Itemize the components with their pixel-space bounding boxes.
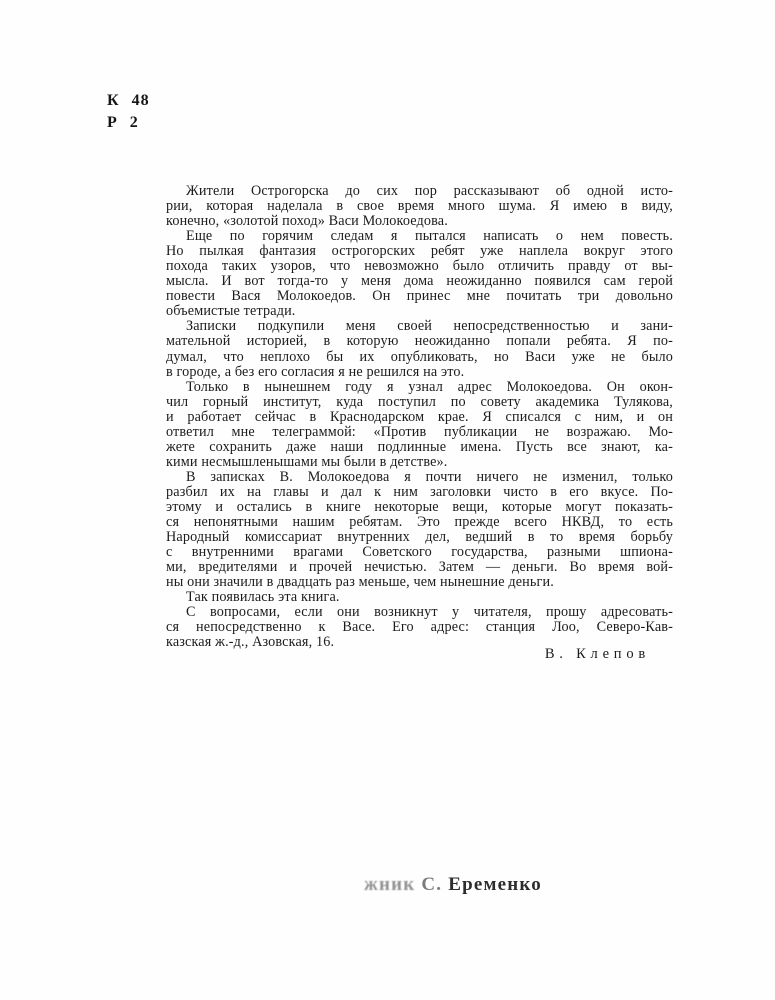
artist-credit-surname: Еременко (448, 874, 542, 895)
text-line: Но пылкая фантазия острогорских ребят уж… (166, 244, 673, 259)
text-line: мательной историей, в которую неожиданно… (166, 334, 673, 349)
text-line: похода таких узоров, что невозможно было… (166, 259, 673, 274)
text-line: этому и остались в книге некоторые вещи,… (166, 500, 673, 515)
text-line: разбил их на главы и дал к ним заголовки… (166, 485, 673, 500)
text-line: чил горный институт, куда поступил по со… (166, 395, 673, 410)
text-line: ны они значили в двадцать раз меньше, че… (166, 575, 673, 590)
text-line: Так появилась эта книга. (166, 590, 673, 605)
text-line: Жители Острогорска до сих пор рассказыва… (166, 184, 673, 199)
text-line: ся непонятными нашим ребятам. Это прежде… (166, 515, 673, 530)
text-line: Еще по горячим следам я пытался написать… (166, 229, 673, 244)
text-line: конечно, «золотой поход» Васи Молокоедов… (166, 214, 673, 229)
text-line: жете сохранить даже наши подлинные имена… (166, 440, 673, 455)
text-line: ответил мне телеграммой: «Против публика… (166, 425, 673, 440)
text-line: объемистые тетради. (166, 304, 673, 319)
author-signature: В. Клепов (166, 646, 650, 663)
preface-text: Жители Острогорска до сих пор рассказыва… (166, 184, 673, 650)
book-page-scan: К 48 Р 2 Жители Острогорска до сих пор р… (0, 0, 775, 1000)
text-line: Только в нынешнем году я узнал адрес Мол… (166, 380, 673, 395)
library-code-line-2: Р 2 (107, 112, 150, 134)
text-line: В записках В. Молокоедова я почти ничего… (166, 470, 673, 485)
artist-credit-initial: С. (421, 874, 442, 895)
text-line: кими несмышленышами мы были в детстве». (166, 455, 673, 470)
library-code: К 48 Р 2 (107, 90, 150, 134)
text-line: рии, которая наделала в свое время много… (166, 199, 673, 214)
text-line: мысла. И вот тогда-то у меня дома неожид… (166, 274, 673, 289)
artist-credit: жник С. Еременко (364, 874, 542, 896)
text-line: Народный комиссариат внутренних дел, вед… (166, 530, 673, 545)
text-line: с внутренними врагами Советского государ… (166, 545, 673, 560)
artist-credit-faded-fragment: жник (364, 874, 415, 895)
text-line: и работает сейчас в Краснодарском крае. … (166, 410, 673, 425)
text-line: С вопросами, если они возникнут у читате… (166, 605, 673, 620)
text-line: ми, вредителями и прочей нечистью. Затем… (166, 560, 673, 575)
text-line: Записки подкупили меня своей непосредств… (166, 319, 673, 334)
library-code-line-1: К 48 (107, 90, 150, 112)
text-line: ся непосредственно к Васе. Его адрес: ст… (166, 620, 673, 635)
text-line: думал, что неплохо бы их опубликовать, н… (166, 350, 673, 365)
text-line: в городе, а без его согласия я не решилс… (166, 365, 673, 380)
text-line: повести Вася Молокоедов. Он принес мне п… (166, 289, 673, 304)
